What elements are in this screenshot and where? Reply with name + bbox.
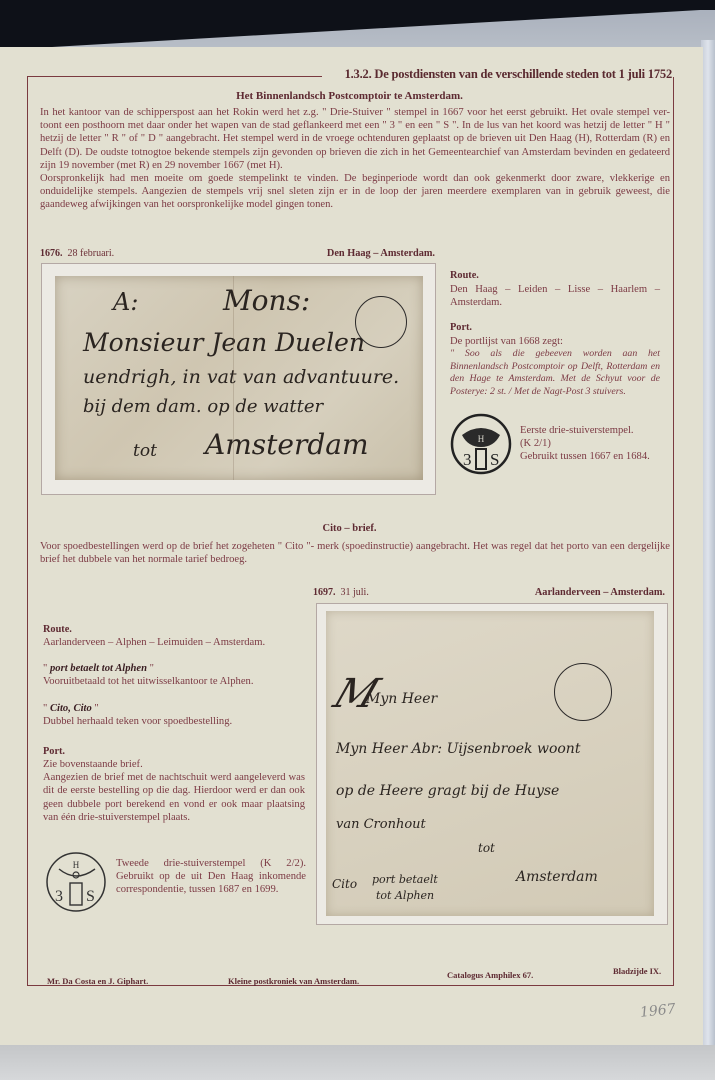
cito-paragraph: Voor spoedbestellingen werd op de brief … xyxy=(40,540,670,566)
letter1-image: A: Mons: Monsieur Jean Duelen uendrigh, … xyxy=(55,276,423,480)
page-bottom-edge xyxy=(0,1045,715,1080)
letter2-port-label: Port. xyxy=(43,746,65,757)
letter-fold xyxy=(233,276,234,480)
letter2-quote2: " Cito, Cito " xyxy=(43,702,308,715)
letter1-route-title: Den Haag – Amsterdam. xyxy=(300,248,435,259)
letter2-quote2-text: Dubbel herhaald teken voor spoedbestelli… xyxy=(43,715,308,728)
stamp-k21-emblem-icon: H 3 S xyxy=(450,413,512,475)
svg-text:H: H xyxy=(73,860,80,870)
letter2-port-text: Zie bovenstaande brief. Aangezien de bri… xyxy=(43,758,305,824)
intro-paragraph-1: In het kantoor van de schipperspost aan … xyxy=(40,106,670,172)
footer-authors: Mr. Da Costa en J. Giphart. xyxy=(47,976,148,986)
svg-text:3: 3 xyxy=(55,888,63,905)
svg-text:H: H xyxy=(478,434,485,444)
svg-text:S: S xyxy=(490,450,499,469)
letter2-quote1: " port betaelt tot Alphen " xyxy=(43,662,308,675)
footer-publication: Kleine postkroniek van Amsterdam. xyxy=(228,976,359,986)
letter2-route-title: Aarlanderveen – Amsterdam. xyxy=(480,587,665,598)
intro-text: In het kantoor van de schipperspost aan … xyxy=(40,106,670,212)
letter2-date: 1697. 31 juli. xyxy=(313,587,369,598)
letter2-quote1-text: Vooruitbetaald tot het uitwisselkantoor … xyxy=(43,675,308,688)
letter1-port-label: Port. xyxy=(450,322,472,333)
letter2-stamp-caption: Tweede drie-stuiverstempel (K 2/2). Gebr… xyxy=(116,857,306,897)
letter2-route-label: Route. xyxy=(43,624,72,635)
section-heading-postcomptoir: Het Binnenlandsch Postcomptoir te Amster… xyxy=(27,90,672,102)
letter1-stamp-caption: Eerste drie-stuiverstempel. (K 2/1) Gebr… xyxy=(520,424,680,464)
chapter-title: 1.3.2. De postdiensten van de verschille… xyxy=(326,67,672,82)
svg-text:S: S xyxy=(86,888,95,905)
letter1-route-label: Route. xyxy=(450,270,479,281)
letter1-port-quote: " Soo als die gebeeven worden aan het Bi… xyxy=(450,348,660,398)
svg-text:3: 3 xyxy=(463,450,472,469)
letter1-port-intro: De portlijst van 1668 zegt: xyxy=(450,335,660,348)
intro-paragraph-2: Oorspronkelijk had men moeite om goede s… xyxy=(40,172,670,212)
drie-stuiver-postmark-2 xyxy=(554,663,612,721)
letter1-date: 1676. 28 februari. xyxy=(40,248,114,259)
drie-stuiver-postmark xyxy=(355,296,407,348)
footer-page-number: Bladzijde IX. xyxy=(613,966,661,976)
letter1-route-text: Den Haag – Leiden – Lisse – Haarlem – Am… xyxy=(450,283,660,309)
stamp-k22-emblem-icon: H 3 S xyxy=(45,851,107,913)
letter2-route-text: Aarlanderveen – Alphen – Leimuiden – Ams… xyxy=(43,636,308,649)
sleeve-edge xyxy=(701,40,715,1080)
footer-catalogue: Catalogus Amphilex 67. xyxy=(447,970,533,980)
letter2-image: M Myn Heer Myn Heer Abr: Uijsenbroek woo… xyxy=(326,611,654,916)
section-heading-cito: Cito – brief. xyxy=(27,523,672,534)
